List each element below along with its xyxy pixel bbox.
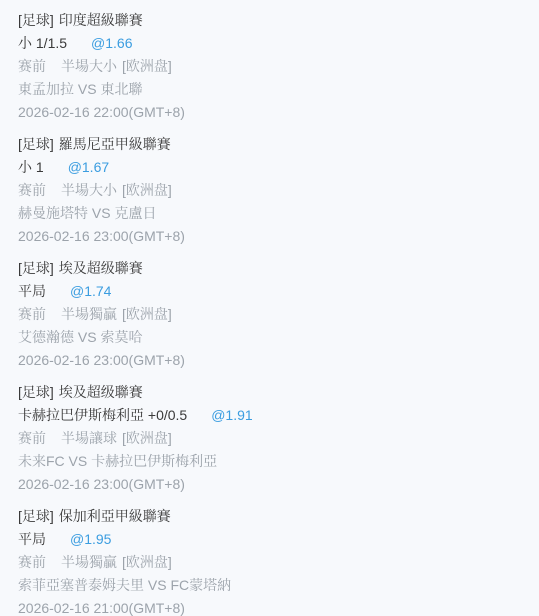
- market-row: 赛前半場大小[欧洲盘]: [18, 55, 521, 78]
- match-phase: 赛前: [18, 554, 46, 570]
- bet-selection: 平局: [18, 283, 46, 299]
- odds-value: @1.95: [70, 531, 111, 547]
- league-row: [足球]埃及超级聯賽: [18, 381, 521, 404]
- match-phase: 赛前: [18, 430, 46, 446]
- league-name: 印度超級聯賽: [59, 12, 143, 28]
- teams-row: 東孟加拉 VS 東北聯: [18, 78, 521, 101]
- match-phase: 赛前: [18, 182, 46, 198]
- selection-row: 平局@1.95: [18, 528, 521, 551]
- odds-value: @1.67: [68, 159, 109, 175]
- league-name: 埃及超级聯賽: [59, 384, 143, 400]
- sport-tag: [足球]: [18, 12, 54, 28]
- odds-format: [欧洲盘]: [122, 306, 172, 322]
- market-row: 赛前半場大小[欧洲盘]: [18, 179, 521, 202]
- market-type: 半場獨贏: [61, 554, 117, 570]
- selection-row: 卡赫拉巴伊斯梅利亞 +0/0.5@1.91: [18, 404, 521, 427]
- tip-item[interactable]: [足球]保加利亞甲級聯賽 平局@1.95 赛前半場獨贏[欧洲盘] 索菲亞塞普泰姆…: [18, 505, 521, 616]
- match-phase: 赛前: [18, 58, 46, 74]
- league-name: 羅馬尼亞甲級聯賽: [59, 136, 171, 152]
- odds-format: [欧洲盘]: [122, 430, 172, 446]
- tip-item[interactable]: [足球]埃及超级聯賽 平局@1.74 赛前半場獨贏[欧洲盘] 艾德瀚德 VS 索…: [18, 257, 521, 372]
- time-row: 2026-02-16 23:00(GMT+8): [18, 225, 521, 248]
- odds-value: @1.91: [211, 407, 252, 423]
- odds-value: @1.74: [70, 283, 111, 299]
- match-time: 2026-02-16 23:00(GMT+8): [18, 228, 185, 244]
- market-type: 半場大小: [61, 182, 117, 198]
- market-type: 半場讓球: [61, 430, 117, 446]
- teams: 東孟加拉 VS 東北聯: [18, 81, 142, 97]
- match-phase: 赛前: [18, 306, 46, 322]
- league-row: [足球]保加利亞甲級聯賽: [18, 505, 521, 528]
- time-row: 2026-02-16 22:00(GMT+8): [18, 101, 521, 124]
- teams-row: 索菲亞塞普泰姆夫里 VS FC蒙塔納: [18, 574, 521, 597]
- match-time: 2026-02-16 23:00(GMT+8): [18, 352, 185, 368]
- teams-row: 艾德瀚德 VS 索莫哈: [18, 326, 521, 349]
- bet-selection: 平局: [18, 531, 46, 547]
- market-row: 赛前半場讓球[欧洲盘]: [18, 427, 521, 450]
- tip-item[interactable]: [足球]埃及超级聯賽 卡赫拉巴伊斯梅利亞 +0/0.5@1.91 赛前半場讓球[…: [18, 381, 521, 496]
- betting-tips-list: [足球]印度超級聯賽 小 1/1.5@1.66 赛前半場大小[欧洲盘] 東孟加拉…: [0, 0, 539, 616]
- sport-tag: [足球]: [18, 508, 54, 524]
- league-row: [足球]印度超級聯賽: [18, 9, 521, 32]
- time-row: 2026-02-16 21:00(GMT+8): [18, 597, 521, 616]
- league-name: 保加利亞甲級聯賽: [59, 508, 171, 524]
- teams: 赫曼施塔特 VS 克盧日: [18, 205, 156, 221]
- teams: 未来FC VS 卡赫拉巴伊斯梅利亞: [18, 453, 217, 469]
- league-row: [足球]埃及超级聯賽: [18, 257, 521, 280]
- match-time: 2026-02-16 22:00(GMT+8): [18, 104, 185, 120]
- selection-row: 小 1@1.67: [18, 156, 521, 179]
- teams: 艾德瀚德 VS 索莫哈: [18, 329, 142, 345]
- odds-format: [欧洲盘]: [122, 182, 172, 198]
- market-type: 半場獨贏: [61, 306, 117, 322]
- sport-tag: [足球]: [18, 136, 54, 152]
- bet-selection: 小 1/1.5: [18, 35, 67, 51]
- odds-format: [欧洲盘]: [122, 58, 172, 74]
- odds-format: [欧洲盘]: [122, 554, 172, 570]
- match-time: 2026-02-16 23:00(GMT+8): [18, 476, 185, 492]
- teams: 索菲亞塞普泰姆夫里 VS FC蒙塔納: [18, 577, 231, 593]
- bet-selection: 卡赫拉巴伊斯梅利亞 +0/0.5: [18, 407, 187, 423]
- market-row: 赛前半場獨贏[欧洲盘]: [18, 551, 521, 574]
- tip-item[interactable]: [足球]印度超級聯賽 小 1/1.5@1.66 赛前半場大小[欧洲盘] 東孟加拉…: [18, 9, 521, 124]
- time-row: 2026-02-16 23:00(GMT+8): [18, 473, 521, 496]
- tip-item[interactable]: [足球]羅馬尼亞甲級聯賽 小 1@1.67 赛前半場大小[欧洲盘] 赫曼施塔特 …: [18, 133, 521, 248]
- sport-tag: [足球]: [18, 384, 54, 400]
- odds-value: @1.66: [91, 35, 132, 51]
- market-row: 赛前半場獨贏[欧洲盘]: [18, 303, 521, 326]
- teams-row: 赫曼施塔特 VS 克盧日: [18, 202, 521, 225]
- bet-selection: 小 1: [18, 159, 44, 175]
- league-name: 埃及超级聯賽: [59, 260, 143, 276]
- league-row: [足球]羅馬尼亞甲級聯賽: [18, 133, 521, 156]
- sport-tag: [足球]: [18, 260, 54, 276]
- time-row: 2026-02-16 23:00(GMT+8): [18, 349, 521, 372]
- selection-row: 平局@1.74: [18, 280, 521, 303]
- selection-row: 小 1/1.5@1.66: [18, 32, 521, 55]
- match-time: 2026-02-16 21:00(GMT+8): [18, 600, 185, 616]
- market-type: 半場大小: [61, 58, 117, 74]
- teams-row: 未来FC VS 卡赫拉巴伊斯梅利亞: [18, 450, 521, 473]
